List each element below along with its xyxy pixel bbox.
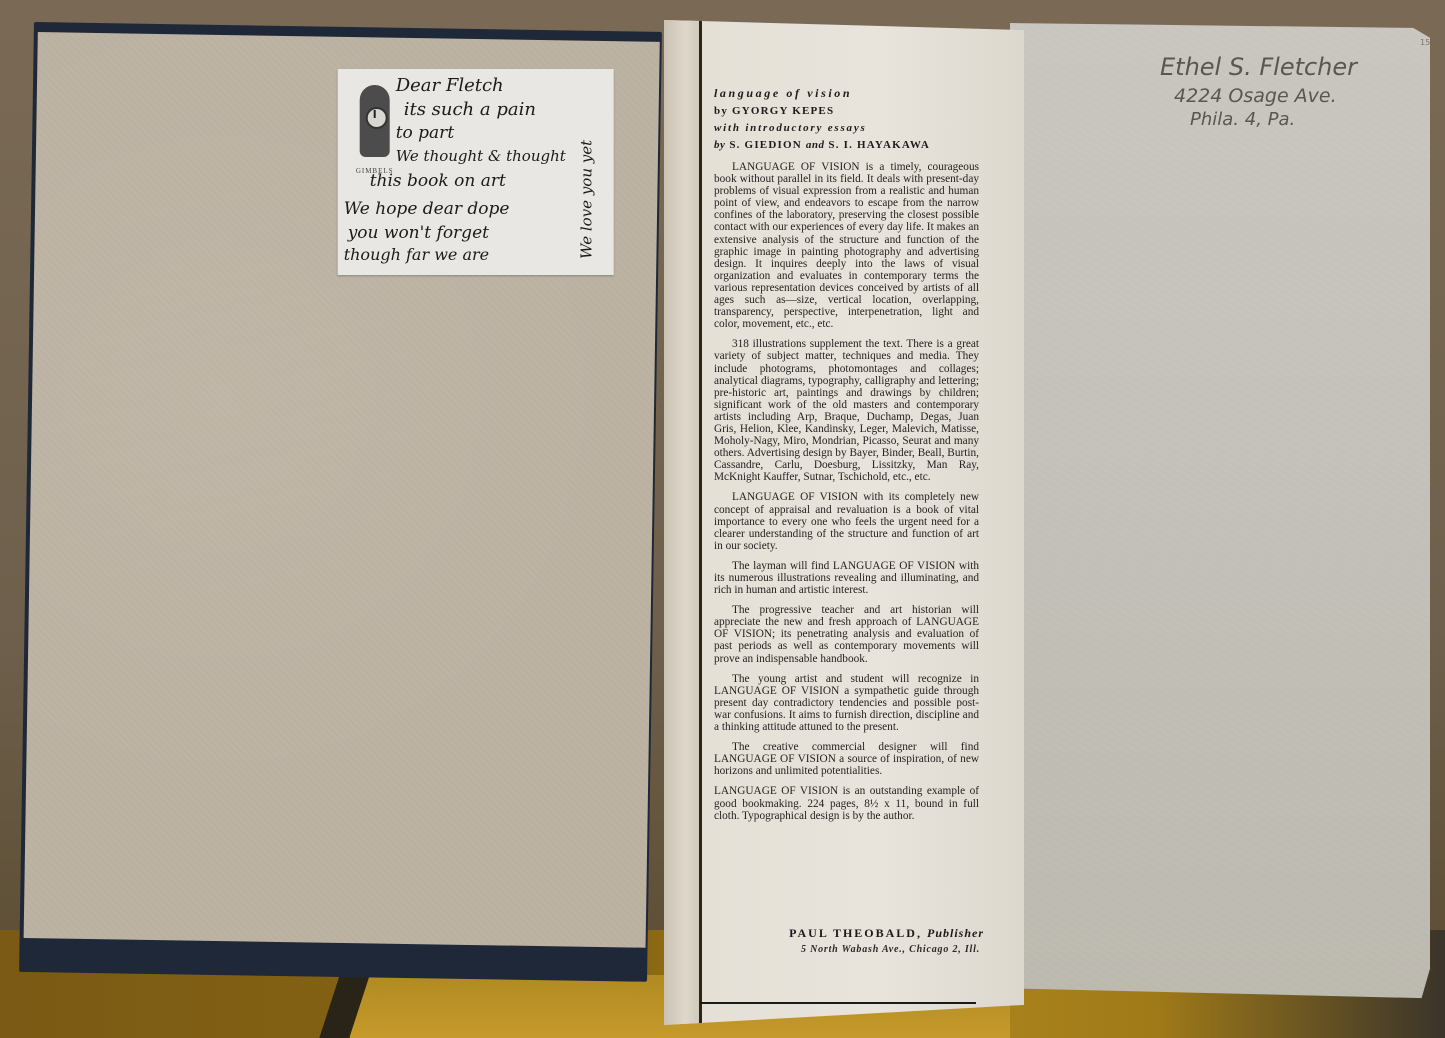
owner-city: Phila. 4, Pa. xyxy=(1190,109,1295,130)
blurb-paragraph: 318 illustrations supplement the text. T… xyxy=(714,338,979,483)
contributor-first: S. GIEDION xyxy=(729,139,802,151)
message-line: We hope dear dope xyxy=(344,201,510,218)
gift-card: GIMBELS Dear Fletch its such a pain to p… xyxy=(338,69,614,275)
message-line: this book on art xyxy=(370,173,506,190)
blurb-paragraph: LANGUAGE OF VISION with its completely n… xyxy=(714,491,979,551)
rear-endpaper: Ethel S. Fletcher 4224 Osage Ave. Phila.… xyxy=(1010,23,1430,1008)
jacket-flap: language of vision by GYORGY KEPES with … xyxy=(664,20,1024,1025)
publisher-role: Publisher xyxy=(927,926,984,940)
intro-note: with introductory essays xyxy=(714,122,979,134)
author-byline: by GYORGY KEPES xyxy=(714,105,979,117)
gimbels-logo: GIMBELS xyxy=(352,85,398,185)
blurb-paragraph: LANGUAGE OF VISION is an outstanding exa… xyxy=(714,785,979,821)
contributors-line: by S. GIEDION and S. I. HAYAKAWA xyxy=(714,139,979,151)
message-line: to part xyxy=(396,125,454,142)
book-title: language of vision xyxy=(714,86,979,101)
publisher-name: PAUL THEOBALD, Publisher xyxy=(754,926,984,941)
message-line: you won't forget xyxy=(348,225,489,242)
message-line: We thought & thought xyxy=(396,149,566,164)
blurb-paragraph: LANGUAGE OF VISION is a timely, courageo… xyxy=(714,161,979,330)
front-endpaper: GIMBELS Dear Fletch its such a pain to p… xyxy=(24,32,660,948)
blurb-paragraph: The creative commercial designer will fi… xyxy=(714,741,979,777)
contributor-second: S. I. HAYAKAWA xyxy=(828,139,930,151)
contributors-prefix: by xyxy=(714,139,725,151)
clock-icon xyxy=(360,85,390,157)
publisher-address: 5 North Wabash Ave., Chicago 2, Ill. xyxy=(754,944,980,955)
flap-fold xyxy=(664,20,702,1025)
message-line: its such a pain xyxy=(404,101,536,119)
publisher-label: PAUL THEOBALD, xyxy=(789,926,922,940)
owner-name: Ethel S. Fletcher xyxy=(1160,53,1357,81)
message-line: though far we are xyxy=(344,247,489,263)
message-line: Dear Fletch xyxy=(396,77,504,95)
price-mark: 15 — xyxy=(1420,38,1441,47)
margin-note: We love you yet xyxy=(578,140,596,259)
flap-copy: language of vision by GYORGY KEPES with … xyxy=(714,86,979,822)
blurb-paragraph: The layman will find LANGUAGE OF VISION … xyxy=(714,560,979,596)
contributors-joiner: and xyxy=(806,139,825,151)
front-board: GIMBELS Dear Fletch its such a pain to p… xyxy=(19,22,662,982)
blurb-paragraph: The progressive teacher and art historia… xyxy=(714,604,979,664)
owner-street: 4224 Osage Ave. xyxy=(1174,85,1337,107)
divider-rule xyxy=(700,1002,976,1004)
blurb-paragraph: The young artist and student will recogn… xyxy=(714,673,979,733)
